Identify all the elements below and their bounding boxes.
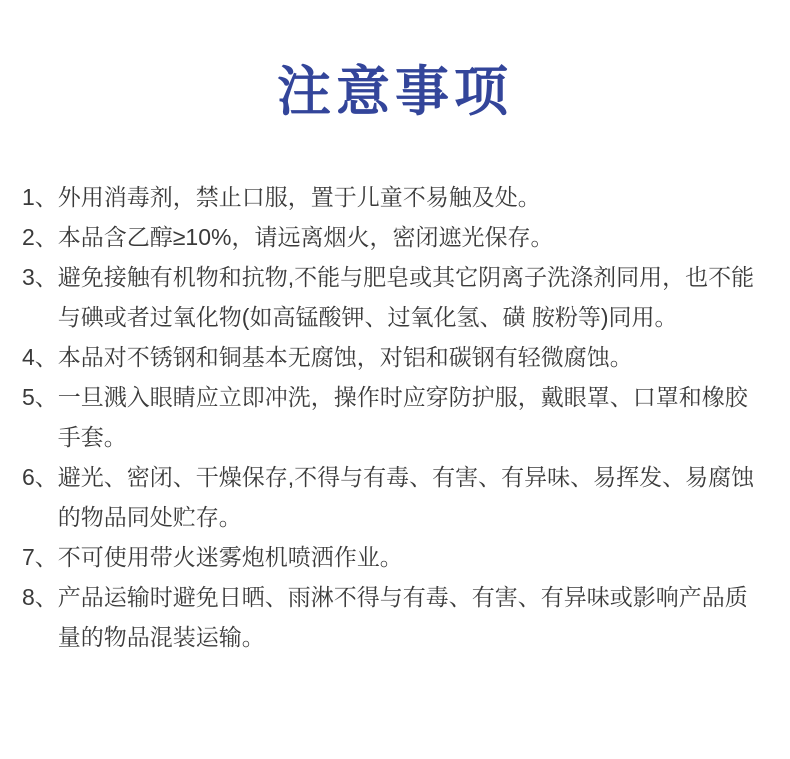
item-number: 4、 xyxy=(22,337,58,377)
page-title: 注意事项 xyxy=(0,0,790,122)
precaution-item: 7、 不可使用带火迷雾炮机喷洒作业。 xyxy=(22,537,764,577)
item-number: 3、 xyxy=(22,257,58,297)
precautions-page: 注意事项 1、 外用消毒剂，禁止口服，置于儿童不易触及处。 2、 本品含乙醇≥1… xyxy=(0,0,790,759)
item-text: 不可使用带火迷雾炮机喷洒作业。 xyxy=(58,537,764,577)
precaution-item: 3、 避免接触有机物和抗物,不能与肥皂或其它阴离子洗涤剂同用，也不能与碘或者过氧… xyxy=(22,257,764,337)
item-text: 避光、密闭、干燥保存,不得与有毒、有害、有异味、易挥发、易腐蚀的物品同处贮存。 xyxy=(58,457,764,537)
item-number: 7、 xyxy=(22,537,58,577)
precaution-item: 5、 一旦溅入眼睛应立即冲洗，操作时应穿防护服，戴眼罩、口罩和橡胶手套。 xyxy=(22,377,764,457)
item-text: 本品含乙醇≥10%，请远离烟火，密闭遮光保存。 xyxy=(58,217,764,257)
item-text: 产品运输时避免日晒、雨淋不得与有毒、有害、有异味或影响产品质量的物品混装运输。 xyxy=(58,577,764,657)
item-number: 2、 xyxy=(22,217,58,257)
precaution-item: 4、 本品对不锈钢和铜基本无腐蚀，对铝和碳钢有轻微腐蚀。 xyxy=(22,337,764,377)
precaution-item: 2、 本品含乙醇≥10%，请远离烟火，密闭遮光保存。 xyxy=(22,217,764,257)
item-number: 5、 xyxy=(22,377,58,417)
item-number: 1、 xyxy=(22,177,58,217)
precaution-list: 1、 外用消毒剂，禁止口服，置于儿童不易触及处。 2、 本品含乙醇≥10%，请远… xyxy=(0,177,790,657)
item-text: 本品对不锈钢和铜基本无腐蚀，对铝和碳钢有轻微腐蚀。 xyxy=(58,337,764,377)
precaution-item: 8、 产品运输时避免日晒、雨淋不得与有毒、有害、有异味或影响产品质量的物品混装运… xyxy=(22,577,764,657)
item-text: 避免接触有机物和抗物,不能与肥皂或其它阴离子洗涤剂同用，也不能与碘或者过氧化物(… xyxy=(58,257,764,337)
item-text: 一旦溅入眼睛应立即冲洗，操作时应穿防护服，戴眼罩、口罩和橡胶手套。 xyxy=(58,377,764,457)
item-number: 6、 xyxy=(22,457,58,497)
precaution-item: 6、 避光、密闭、干燥保存,不得与有毒、有害、有异味、易挥发、易腐蚀的物品同处贮… xyxy=(22,457,764,537)
precaution-item: 1、 外用消毒剂，禁止口服，置于儿童不易触及处。 xyxy=(22,177,764,217)
item-text: 外用消毒剂，禁止口服，置于儿童不易触及处。 xyxy=(58,177,764,217)
item-number: 8、 xyxy=(22,577,58,617)
